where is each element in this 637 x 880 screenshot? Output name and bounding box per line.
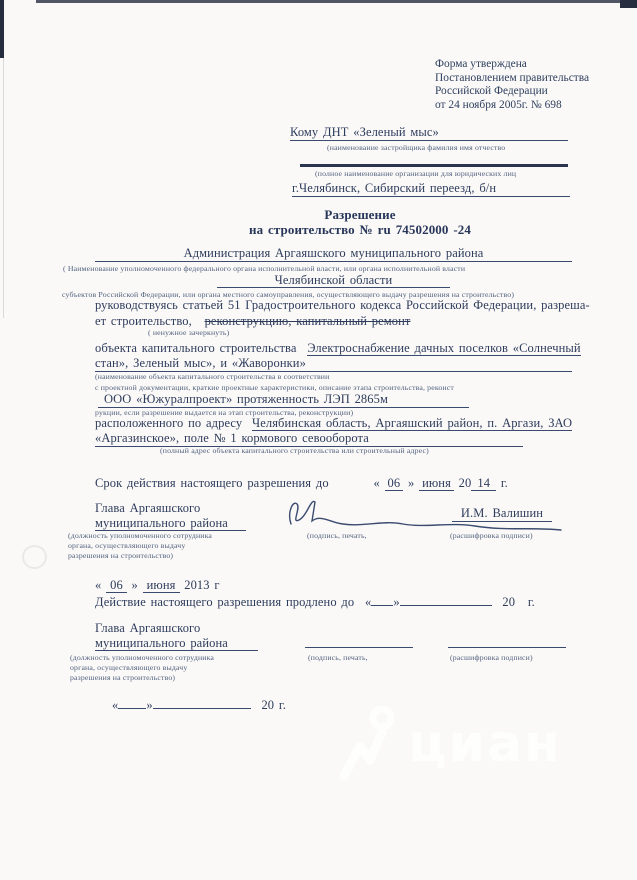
sig1-caption-role2: органа, осуществляющего выдачу xyxy=(68,541,185,550)
sig2-decode-blank xyxy=(448,647,566,648)
extension-day-blank xyxy=(371,593,393,606)
extension-line: Действие настоящего разрешения продлено … xyxy=(95,593,535,610)
authority-name-line2: Челябинской области xyxy=(217,273,451,288)
final-year-unit: г. xyxy=(279,698,286,712)
approval-note-line: Форма утверждена xyxy=(435,58,589,72)
sig1-role-line1: Глава Аргаяшского xyxy=(95,501,200,516)
approval-note-line: Постановлением правительства xyxy=(435,72,589,86)
object-line2: стан», Зеленый мыс», и «Жаворонки» xyxy=(95,356,572,372)
scan-top-left-corner xyxy=(0,0,4,58)
validity-year-prefix: 20 xyxy=(459,476,472,490)
final-month-blank xyxy=(153,696,251,709)
sig2-caption-role2: органа, осуществляющего выдачу xyxy=(70,663,187,672)
sig2-caption-role3: разрешения на строительство) xyxy=(70,673,175,682)
address-line2: «Аргазинское», поле № 1 кормового севооб… xyxy=(95,431,523,447)
extension-year-prefix: 20 xyxy=(502,595,515,609)
object-name-line1: Электроснабжение дачных поселков «Солнеч… xyxy=(307,341,580,356)
sig1-role-line2-row: муниципального района xyxy=(95,516,246,531)
object-line1: объекта капитального строительства Элект… xyxy=(95,341,581,356)
extension-year-unit: г. xyxy=(528,595,535,609)
validity-open-quote: « xyxy=(373,476,379,490)
approval-note-line: от 24 ноября 2005г. № 698 xyxy=(435,99,589,113)
org-address-line: г.Челябинск, Сибирский переезд, б/н xyxy=(292,181,570,197)
address-label: расположенного по адресу xyxy=(95,416,242,430)
sig2-role-line1: Глава Аргаяшского xyxy=(95,621,200,636)
blank-filled-rule xyxy=(300,164,568,167)
sig1-name-row: И.М. Валишин xyxy=(452,506,552,522)
cian-pin-icon xyxy=(340,702,398,787)
strike-note: ( ненужное зачеркнуть) xyxy=(148,328,229,337)
validity-year-suffix: 14 xyxy=(471,476,496,491)
final-date-line: «» 20 г. xyxy=(112,696,286,713)
designer-line-row: ООО «Южуралпроект» протяженность ЛЭП 286… xyxy=(98,392,469,408)
addressee-caption-org: (полное наименование организации для юри… xyxy=(315,169,516,178)
sig2-signature-blank xyxy=(305,647,413,648)
sig2-caption-role1: (должность уполномоченного сотрудника xyxy=(70,653,214,662)
struck-options: реконструкцию, капитальный ремонт xyxy=(205,314,411,328)
addressee-line: Кому ДНТ «Зеленый мыс» xyxy=(290,125,568,141)
sig2-role-line2-row: муниципального района xyxy=(95,636,258,651)
issue-open-quote: « xyxy=(95,578,101,592)
scan-left-edge-line xyxy=(3,58,4,318)
object-label: объекта капитального строительства xyxy=(95,341,297,355)
document-number: на строительство № ru 74502000 -24 xyxy=(130,222,590,238)
sig1-caption-role1: (должность уполномоченного сотрудника xyxy=(68,531,212,540)
address-line2-row: «Аргазинское», поле № 1 кормового севооб… xyxy=(95,431,523,447)
validity-line: Срок действия настоящего разрешения до «… xyxy=(95,476,508,491)
clause-line1: руководствуясь статьей 51 Градостроитель… xyxy=(95,298,590,313)
issue-close-quote: » xyxy=(132,578,138,592)
validity-close-quote: » xyxy=(408,476,414,490)
object-caption2: с проектной документации, краткие проект… xyxy=(95,383,454,392)
issue-day: 06 xyxy=(106,578,127,593)
clause-line2-prefix: ет строительство, xyxy=(95,314,192,328)
final-day-blank xyxy=(118,696,146,709)
sig2-role-line2: муниципального района xyxy=(95,636,258,651)
validity-month: июня xyxy=(419,476,454,491)
cian-watermark-text: циан xyxy=(408,714,562,774)
addressee-caption-name: (наименование застройщика фамилия имя от… xyxy=(327,143,505,152)
issue-date-line: « 06 » июня 2013 г xyxy=(95,578,220,593)
cian-watermark: циан xyxy=(340,694,555,794)
extension-label: Действие настоящего разрешения продлено … xyxy=(95,595,354,609)
address-line1-row: расположенного по адресу Челябинская обл… xyxy=(95,416,572,431)
validity-year-unit: г. xyxy=(501,476,508,490)
scan-top-edge xyxy=(36,0,637,3)
address-caption: (полный адрес объекта капитального строи… xyxy=(160,446,429,455)
validity-label: Срок действия настоящего разрешения до xyxy=(95,476,329,490)
sig1-caption-sign: (подпись, печать, xyxy=(307,531,367,540)
sig2-caption-decode: (расшифровка подписи) xyxy=(450,653,533,662)
approval-note-line: Российской Федерации xyxy=(435,85,589,99)
authority-name-line2-row: Челябинской области xyxy=(95,273,572,288)
sig1-caption-decode: (расшифровка подписи) xyxy=(450,531,533,540)
hole-punch-mark xyxy=(22,545,47,569)
authority-caption1: ( Наименование уполномоченного федеральн… xyxy=(63,264,465,273)
sig1-signer-name: И.М. Валишин xyxy=(452,506,552,522)
scanned-permit-page: Форма утверждена Постановлением правител… xyxy=(0,0,637,880)
scan-top-right-corner xyxy=(620,0,637,8)
sig1-caption-role3: разрешения на строительство) xyxy=(68,551,173,560)
designer-line: ООО «Южуралпроект» протяженность ЛЭП 286… xyxy=(98,392,469,408)
address-line1: Челябинская область, Аргаяшский район, п… xyxy=(252,416,572,431)
issue-month: июня xyxy=(143,578,180,593)
form-approval-note: Форма утверждена Постановлением правител… xyxy=(435,58,589,112)
clause-line2: ет строительство, реконструкцию, капитал… xyxy=(95,314,410,329)
validity-day: 06 xyxy=(385,476,404,491)
authority-name-line1: Администрация Аргаяшского муниципального… xyxy=(95,246,572,262)
org-address-value: г.Челябинск, Сибирский переезд, б/н xyxy=(292,181,570,197)
document-title: Разрешение xyxy=(130,207,590,223)
addressee-value: Кому ДНТ «Зеленый мыс» xyxy=(290,125,568,141)
object-name-line2: стан», Зеленый мыс», и «Жаворонки» xyxy=(95,356,572,372)
object-caption1: (наименование объекта капитального строи… xyxy=(95,372,329,381)
extension-month-blank xyxy=(400,593,492,606)
sig2-caption-sign: (подпись, печать, xyxy=(308,653,368,662)
issue-year: 2013 г xyxy=(184,578,219,592)
final-year-prefix: 20 xyxy=(261,698,274,712)
sig1-role-line2: муниципального района xyxy=(95,516,246,531)
